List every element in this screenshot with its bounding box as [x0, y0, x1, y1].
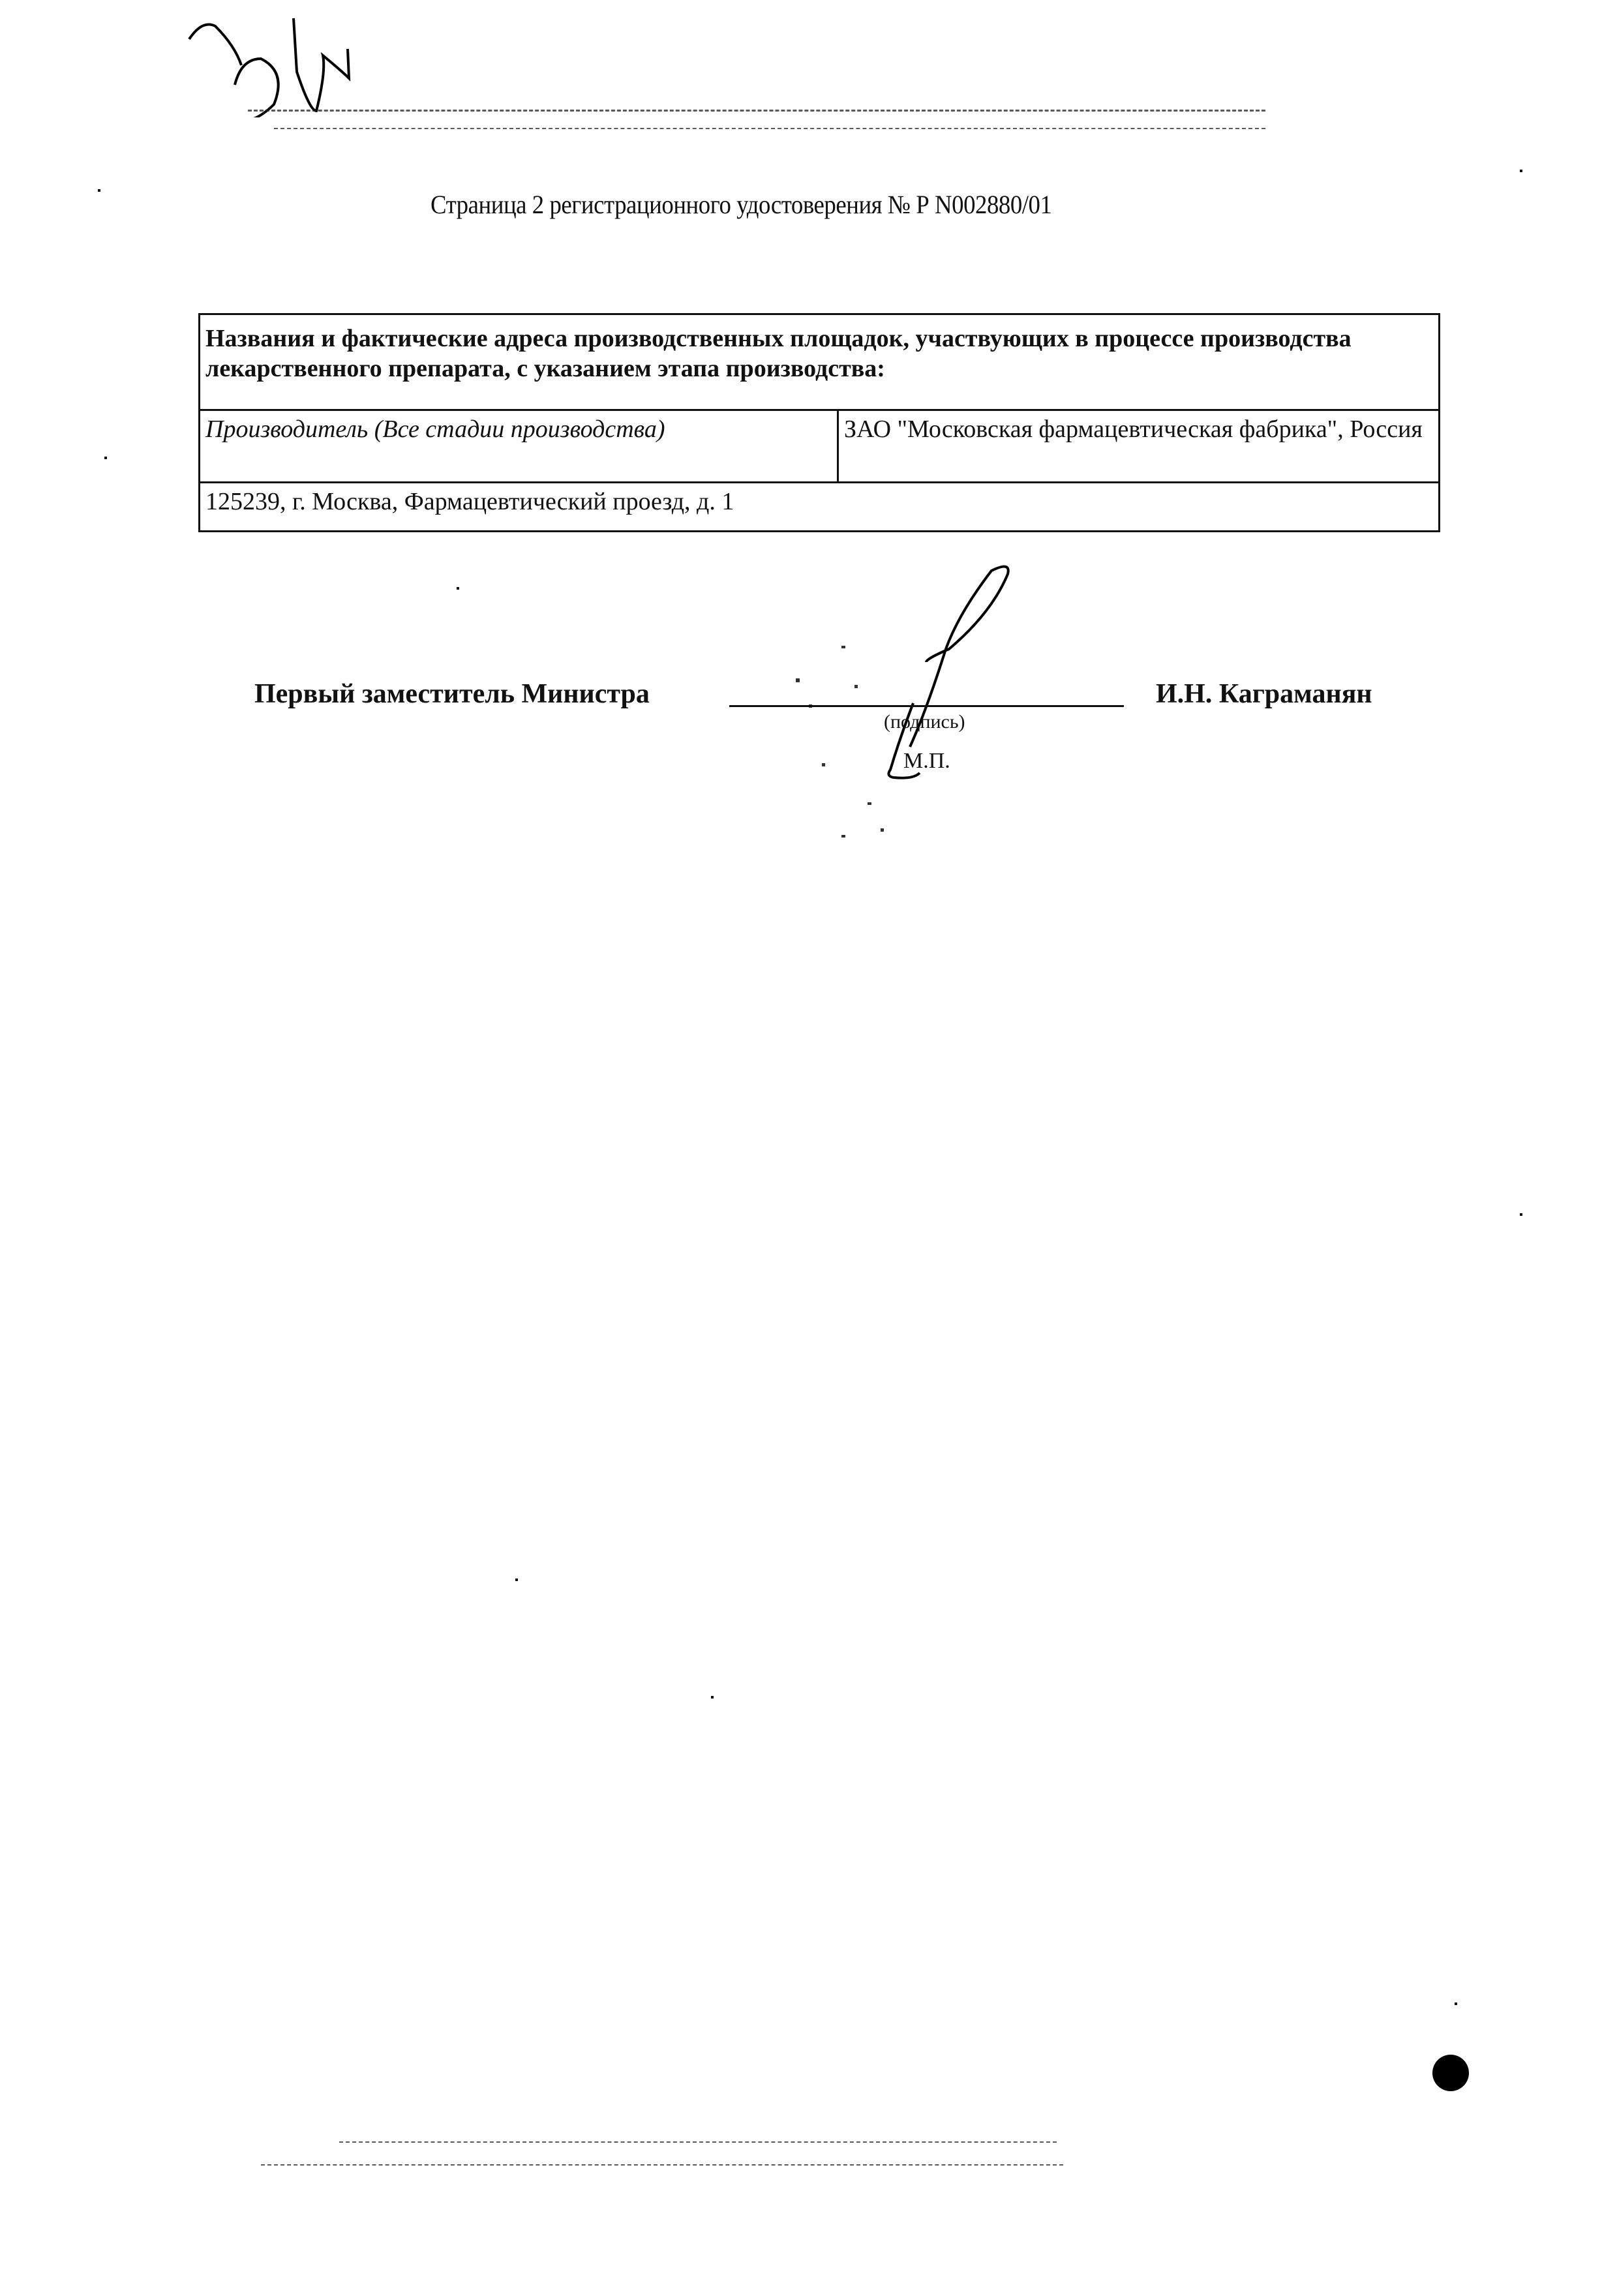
scan-speck — [98, 189, 100, 192]
signature-line — [729, 705, 1124, 707]
scan-speck — [1455, 2002, 1457, 2005]
signature-caption: (подпись) — [884, 711, 965, 733]
scan-artifact-bottom-line — [261, 2164, 1063, 2166]
scan-speck — [104, 457, 107, 459]
stamp-label: М.П. — [903, 749, 950, 774]
scan-speck — [1520, 170, 1522, 172]
signer-title: Первый заместитель Министра — [254, 678, 650, 710]
page-header: Страница 2 регистрационного удостоверени… — [431, 189, 1051, 220]
handwritten-page-number-mark — [176, 7, 398, 117]
scan-speck — [515, 1578, 518, 1581]
scan-speck — [711, 1696, 714, 1699]
table-row: Производитель (Все стадии производства) … — [200, 410, 1440, 483]
manufacturer-organization: ЗАО "Московская фармацевтическая фабрика… — [838, 410, 1440, 483]
manufacturer-role: Производитель (Все стадии производства) — [200, 410, 838, 483]
ink-blot — [1432, 2055, 1469, 2091]
scan-speck — [1520, 1213, 1522, 1216]
scan-artifact-top-line-2 — [274, 128, 1265, 129]
manufacturer-address: 125239, г. Москва, Фармацевтический прое… — [200, 483, 1440, 532]
production-sites-table: Названия и фактические адреса производст… — [198, 313, 1440, 532]
signer-name: И.Н. Каграманян — [1156, 678, 1372, 710]
scan-artifact-top-line — [248, 110, 1265, 112]
scan-speck — [457, 587, 459, 590]
scan-artifact-bottom-line-2 — [339, 2141, 1057, 2143]
table-heading: Названия и фактические адреса производст… — [200, 314, 1440, 410]
